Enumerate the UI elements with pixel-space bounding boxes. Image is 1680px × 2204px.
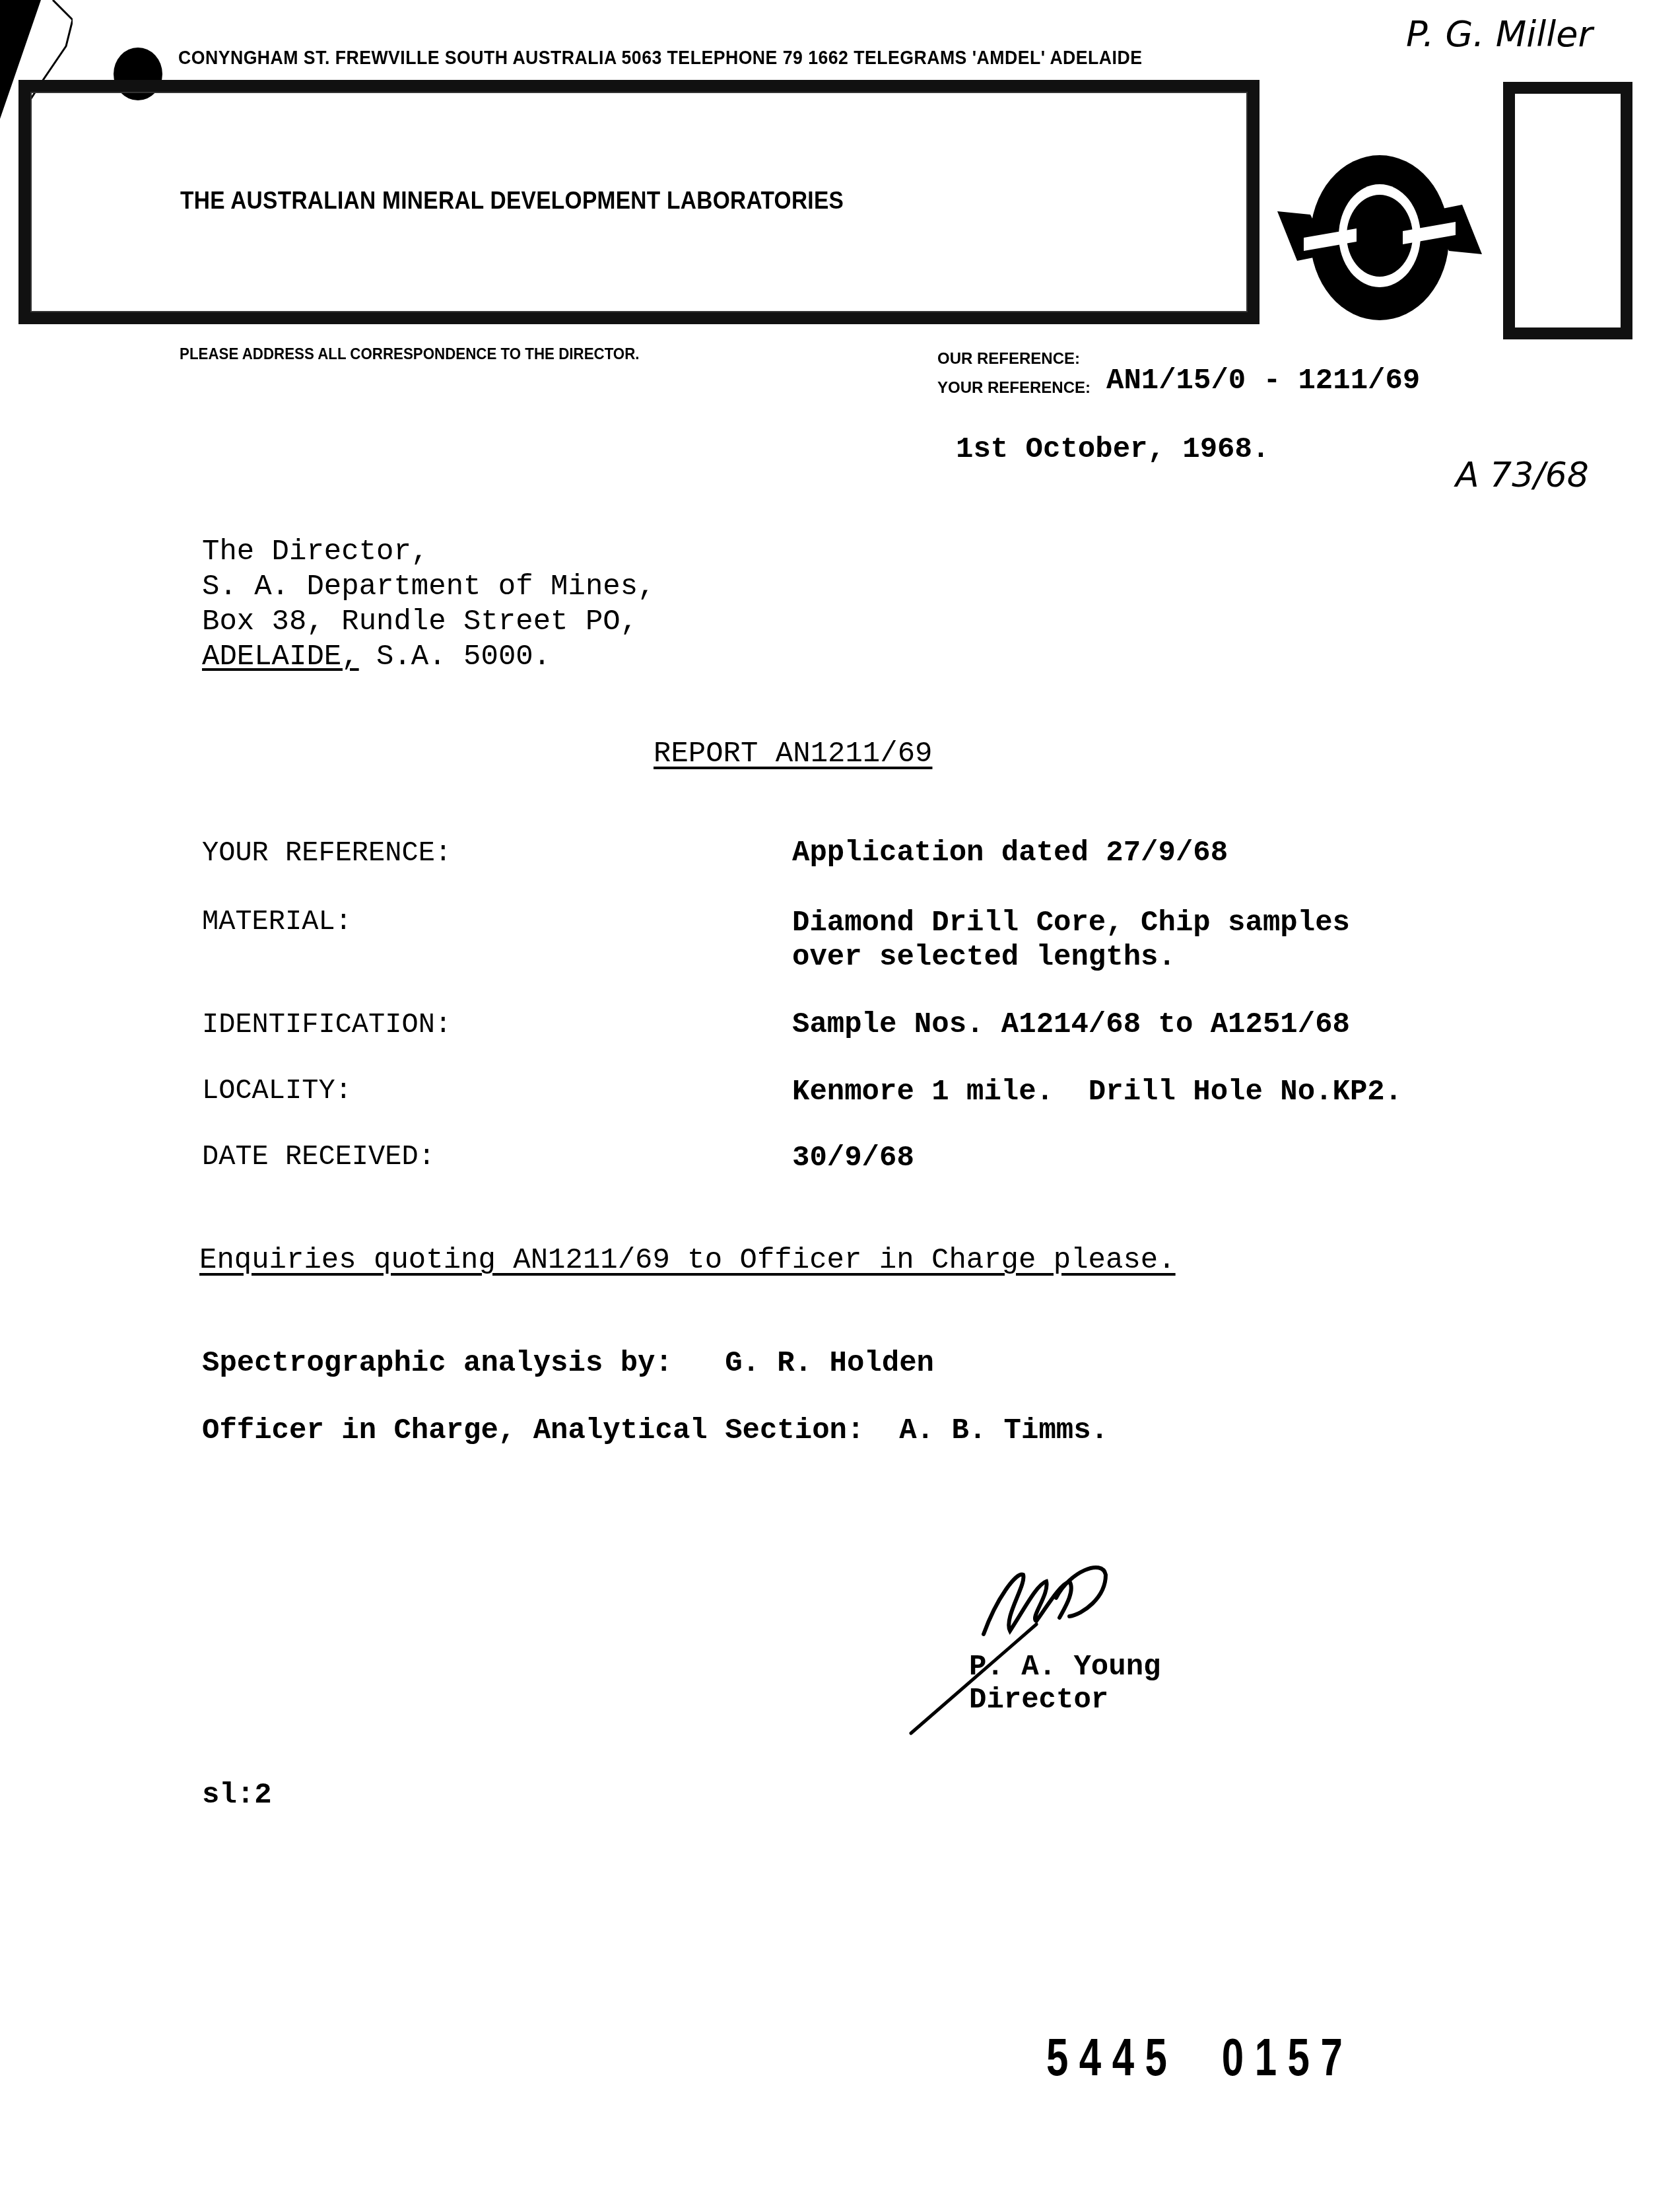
field-value-identification: Sample Nos. A1214/68 to A1251/68	[792, 1008, 1350, 1042]
circular-arrows-logo-icon	[1277, 112, 1482, 350]
field-label-material: MATERIAL:	[202, 906, 352, 938]
correspondence-note: PLEASE ADDRESS ALL CORRESPONDENCE TO THE…	[180, 345, 640, 364]
field-value-your-reference: Application dated 27/9/68	[792, 836, 1228, 870]
enquiries-note: Enquiries quoting AN1211/69 to Officer i…	[199, 1244, 1176, 1277]
report-title: REPORT AN1211/69	[654, 738, 932, 771]
recipient-line-3: Box 38, Rundle Street PO,	[202, 605, 638, 638]
field-label-identification: IDENTIFICATION:	[202, 1009, 452, 1041]
signer-title: Director	[969, 1684, 1108, 1717]
field-value-locality: Kenmore 1 mile. Drill Hole No.KP2.	[792, 1075, 1402, 1109]
field-label-date-received: DATE RECEIVED:	[202, 1141, 435, 1173]
field-value-material: Diamond Drill Core, Chip samples over se…	[792, 906, 1350, 975]
organization-name: THE AUSTRALIAN MINERAL DEVELOPMENT LABOR…	[180, 187, 844, 215]
signer-name: P. A. Young	[969, 1651, 1160, 1684]
field-label-your-reference: YOUR REFERENCE:	[202, 837, 452, 869]
handwritten-code: A 73/68	[1456, 456, 1589, 495]
document-number: 5445 0157	[1046, 2027, 1353, 2088]
typist-reference: sl:2	[202, 1779, 272, 1812]
field-label-locality: LOCALITY:	[202, 1075, 352, 1107]
officer-in-charge: Officer in Charge, Analytical Section: A…	[202, 1414, 1108, 1447]
recipient-postcode: S.A. 5000.	[359, 640, 551, 673]
recipient-address: The Director, S. A. Department of Mines,…	[202, 535, 655, 675]
your-reference-value: AN1/15/0 - 1211/69	[1106, 364, 1420, 397]
recipient-city: ADELAIDE,	[202, 640, 359, 673]
recipient-line-2: S. A. Department of Mines,	[202, 570, 655, 603]
letterhead-side-box	[1503, 82, 1632, 339]
letterhead-address: CONYNGHAM ST. FREWVILLE SOUTH AUSTRALIA …	[178, 48, 1142, 69]
field-value-date-received: 30/9/68	[792, 1141, 914, 1175]
our-reference-label: OUR REFERENCE:	[937, 350, 1080, 368]
analysis-by: Spectrographic analysis by: G. R. Holden	[202, 1347, 934, 1380]
letter-date: 1st October, 1968.	[956, 433, 1269, 466]
handwritten-name: P. G. Miller	[1406, 13, 1593, 55]
recipient-line-1: The Director,	[202, 535, 428, 568]
your-reference-label: YOUR REFERENCE:	[937, 379, 1091, 397]
